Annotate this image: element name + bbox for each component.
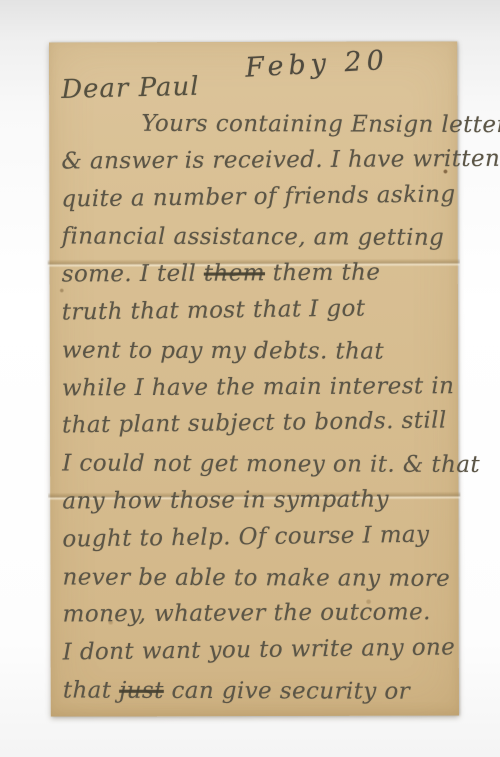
letter-line: while I have the main interest in (62, 373, 452, 413)
letter-text: ought to help. Of course I may (62, 521, 429, 552)
letter-text: them the (265, 260, 381, 287)
letter-paper: Feby 20 Dear Paul Yours containing Ensig… (49, 41, 459, 716)
letter-line: truth that most that I got (62, 294, 452, 337)
letter-body: Yours containing Ensign letter& answer i… (61, 109, 453, 715)
letter-text: Yours containing Ensign letter (141, 111, 500, 138)
letter-salutation: Dear Paul (61, 72, 200, 105)
letter-line: some. I tell them them the (62, 259, 452, 299)
letter-text: I could not get money on it. & that (62, 451, 480, 478)
letter-line: ought to help. Of course I may (62, 521, 452, 564)
letter-line: that plant subject to bonds. still (62, 408, 452, 451)
letter-text: while I have the main interest in (62, 373, 454, 401)
letter-line: Yours containing Ensign letter (61, 111, 451, 150)
struck-word: just (119, 678, 164, 704)
struck-word: them (204, 260, 265, 286)
letter-line: quite a number of friends asking (61, 181, 451, 224)
letter-line: never be able to make any more (62, 564, 452, 603)
letter-text: some. I tell (62, 261, 204, 288)
letter-text: never be able to make any more (63, 564, 451, 591)
letter-text: any how those in sympathy (62, 486, 389, 514)
letter-line: that just can give security or (63, 677, 453, 716)
scan-background: Feby 20 Dear Paul Yours containing Ensig… (0, 0, 500, 757)
letter-text: that plant subject to bonds. still (62, 408, 447, 439)
letter-line: I dont want you to write any one (62, 635, 452, 678)
letter-line: went to pay my debts. that (62, 337, 452, 376)
letter-line: financial assistance, am getting (62, 224, 452, 263)
letter-text: can give security or (164, 678, 410, 705)
letter-text: that (63, 677, 119, 703)
letter-line: money, whatever the outcome. (63, 599, 453, 639)
letter-text: I dont want you to write any one (62, 635, 455, 666)
letter-text: went to pay my debts. that (62, 337, 384, 364)
letter-text: & answer is received. I have written (61, 146, 500, 175)
letter-text: truth that most that I got (62, 296, 366, 326)
letter-line: & answer is received. I have written (61, 146, 451, 186)
letter-line: I could not get money on it. & that (62, 451, 452, 490)
letter-text: money, whatever the outcome. (63, 600, 431, 628)
letter-date: Feby 20 (244, 46, 389, 84)
letter-line: any how those in sympathy (62, 486, 452, 526)
letter-text: quite a number of friends asking (61, 181, 455, 212)
letter-text: financial assistance, am getting (62, 224, 445, 251)
